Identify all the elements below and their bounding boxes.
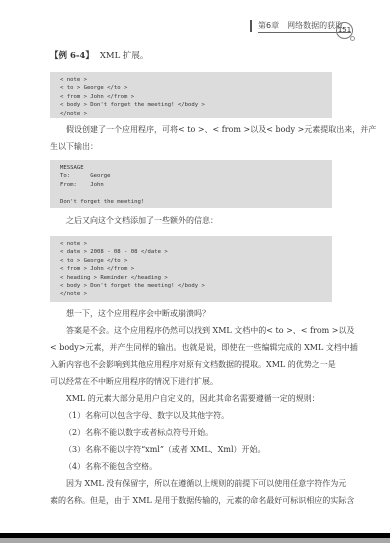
paragraph-line: XML 的元素大部分是用户自定义的，因此其命名需要遵循一定的规则：: [66, 393, 320, 404]
example-heading: 【例 6-4】XML 扩展。: [50, 49, 148, 61]
code-line: MESSAGE: [60, 164, 332, 172]
footer-rule-gray: [0, 538, 390, 543]
paragraph-line: 生以下输出：: [50, 141, 98, 152]
rule-item: （3）名称不能以字符“xml”（或者 XML、Xml）开始。: [64, 444, 266, 455]
example-label: 【例 6-4】: [50, 51, 94, 61]
chapter-number: 第6章: [258, 21, 279, 30]
code-block-xml-2: < note > < date > 2008 - 08 - 08 </date …: [50, 236, 332, 302]
code-line: </note >: [60, 290, 332, 298]
code-line: Don't forget the meeting!: [60, 198, 332, 206]
code-line: </note >: [60, 110, 332, 118]
paragraph-line: 假设创建了一个应用程序，可将< to >、< from >以及< body >元…: [50, 124, 376, 135]
code-line: < from > John </from >: [60, 265, 332, 273]
code-line: < body > Don't forget the meeting! </bod…: [60, 282, 332, 290]
code-block-output: MESSAGE To: George From: John Don't forg…: [50, 160, 332, 208]
code-line: < to > George </to >: [60, 257, 332, 265]
code-line: < from > John </from >: [60, 93, 332, 101]
code-line: < note >: [60, 76, 332, 84]
code-line: [60, 189, 332, 197]
chapter-title: 网络数据的获取: [287, 21, 343, 30]
paragraph-line: 想一下，这个应用程序会中断或崩溃吗？: [66, 308, 210, 319]
paragraph-line: 入新内容也不会影响到其他应用程序对原有文档数据的提取。XML 的优势之一是: [50, 359, 336, 370]
paragraph-line: 因为 XML 没有保留字，所以在遵循以上规则的前提下可以使用任意字符作为元: [66, 478, 346, 489]
example-title: XML 扩展。: [100, 51, 149, 61]
paragraph-line: < body>元素，并产生同样的输出。也就是说，即使在一些编辑完成的 XML 文…: [50, 342, 358, 353]
page-number-ornament-icon: [350, 36, 355, 41]
code-line: < body > Don't forget the meeting! </bod…: [60, 101, 332, 109]
code-line: < note >: [60, 240, 332, 248]
paragraph-line: 之后又向这个文档添加了一些额外的信息：: [66, 215, 218, 226]
code-line: < date > 2008 - 08 - 08 </date >: [60, 248, 332, 256]
paragraph-line: 答案是不会。这个应用程序仍然可以找到 XML 文档中的< to >、< from…: [66, 325, 355, 336]
code-line: To: George: [60, 172, 332, 180]
code-line: < heading > Reminder </heading >: [60, 274, 332, 282]
header-bar: [250, 20, 252, 32]
paragraph-line: 素的名称。但是，由于 XML 是用于数据传输的，元素的命名最好可标识相应的实际含: [50, 495, 354, 506]
code-line: From: John: [60, 181, 332, 189]
paragraph-line: 可以经常在不中断应用程序的情况下进行扩展。: [50, 376, 218, 387]
code-line: < to > George </to >: [60, 84, 332, 92]
rule-item: （1）名称可以包含字母、数字以及其他字符。: [64, 410, 229, 421]
code-block-xml-1: < note > < to > George </to > < from > J…: [50, 72, 332, 118]
rule-item: （4）名称不能包含空格。: [64, 461, 157, 472]
rule-item: （2）名称不能以数字或者标点符号开始。: [64, 427, 213, 438]
